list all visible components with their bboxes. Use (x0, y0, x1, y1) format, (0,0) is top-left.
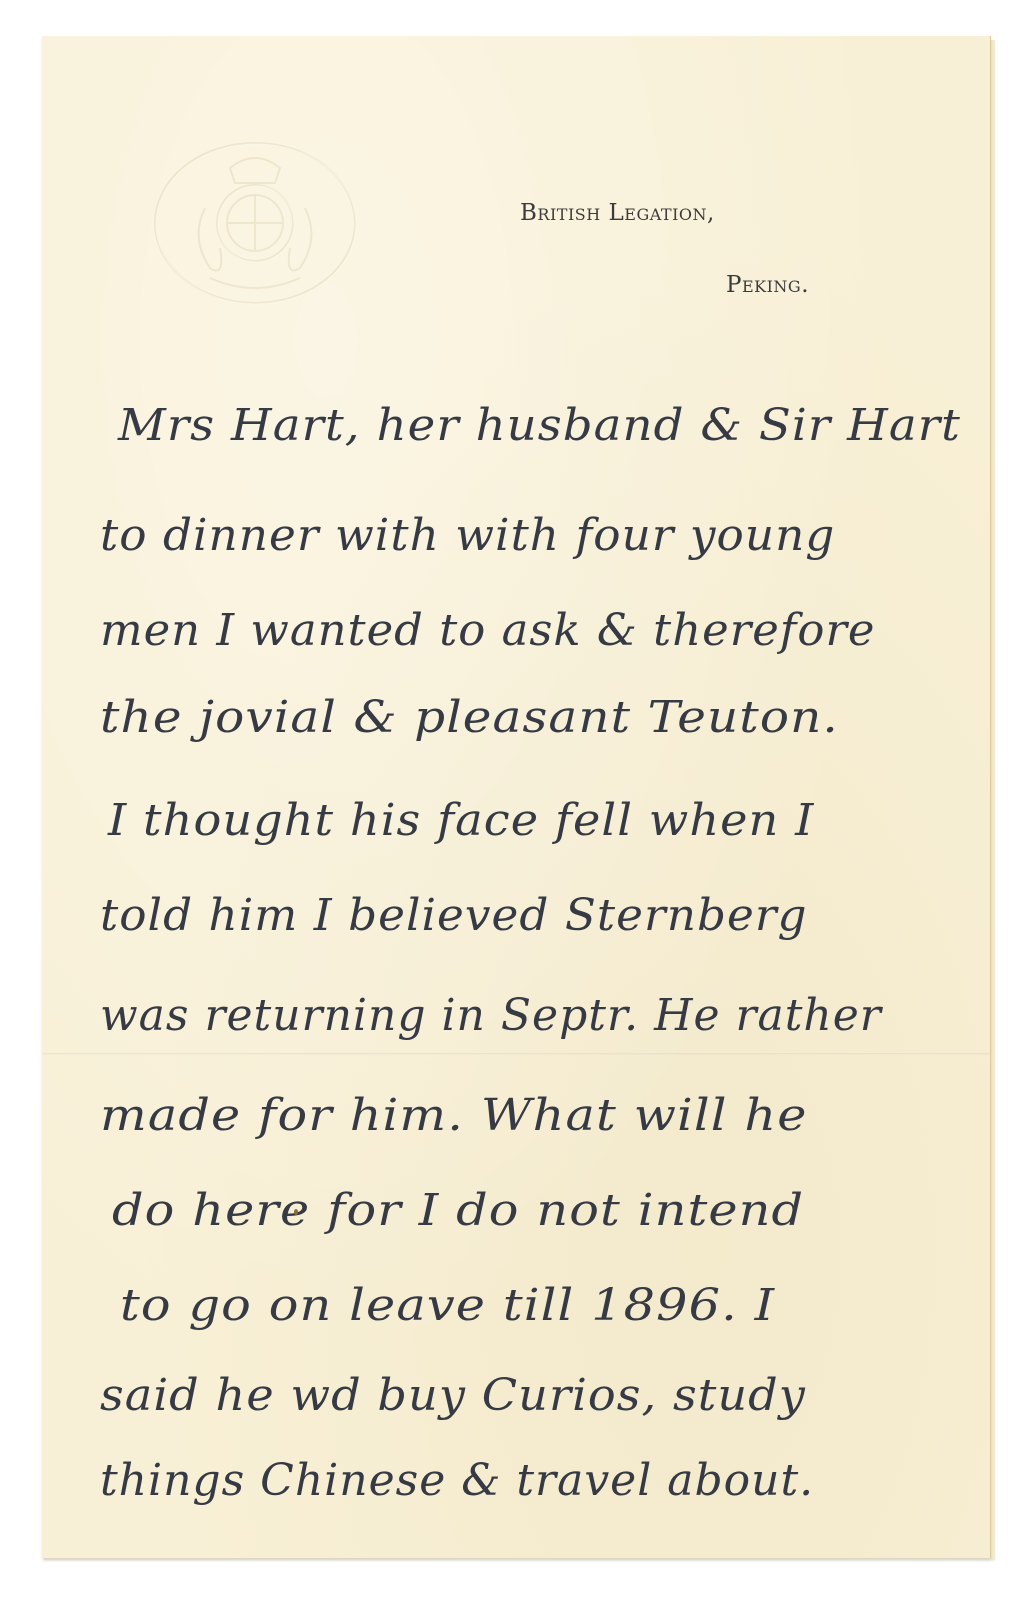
handwritten-line-5: I thought his face fell when I (108, 795, 814, 846)
handwritten-line-3: men I wanted to ask & therefore (100, 605, 876, 656)
handwritten-line-12: things Chinese & travel about. (100, 1455, 814, 1506)
handwritten-line-4: the jovial & pleasant Teuton. (100, 692, 839, 743)
handwritten-line-11: said he wd buy Curios, study (100, 1370, 806, 1421)
handwritten-line-2: to dinner with with four young (100, 510, 835, 561)
handwritten-line-10: to go on leave till 1896. I (120, 1280, 775, 1331)
paper-fold-line (42, 1052, 990, 1055)
ink-spot (294, 1209, 298, 1215)
handwritten-line-1: Mrs Hart, her husband & Sir Hart (118, 400, 961, 451)
handwritten-line-9: do here for I do not intend (112, 1185, 804, 1236)
handwritten-line-8: made for him. What will he (100, 1090, 808, 1141)
letterhead-legation: British Legation, (520, 200, 715, 226)
handwritten-line-6: told him I believed Sternberg (100, 890, 808, 941)
letterhead-city: Peking. (726, 272, 809, 298)
handwritten-line-7: was returning in Septr. He rather (100, 990, 882, 1041)
embossed-crest-icon (145, 128, 365, 308)
